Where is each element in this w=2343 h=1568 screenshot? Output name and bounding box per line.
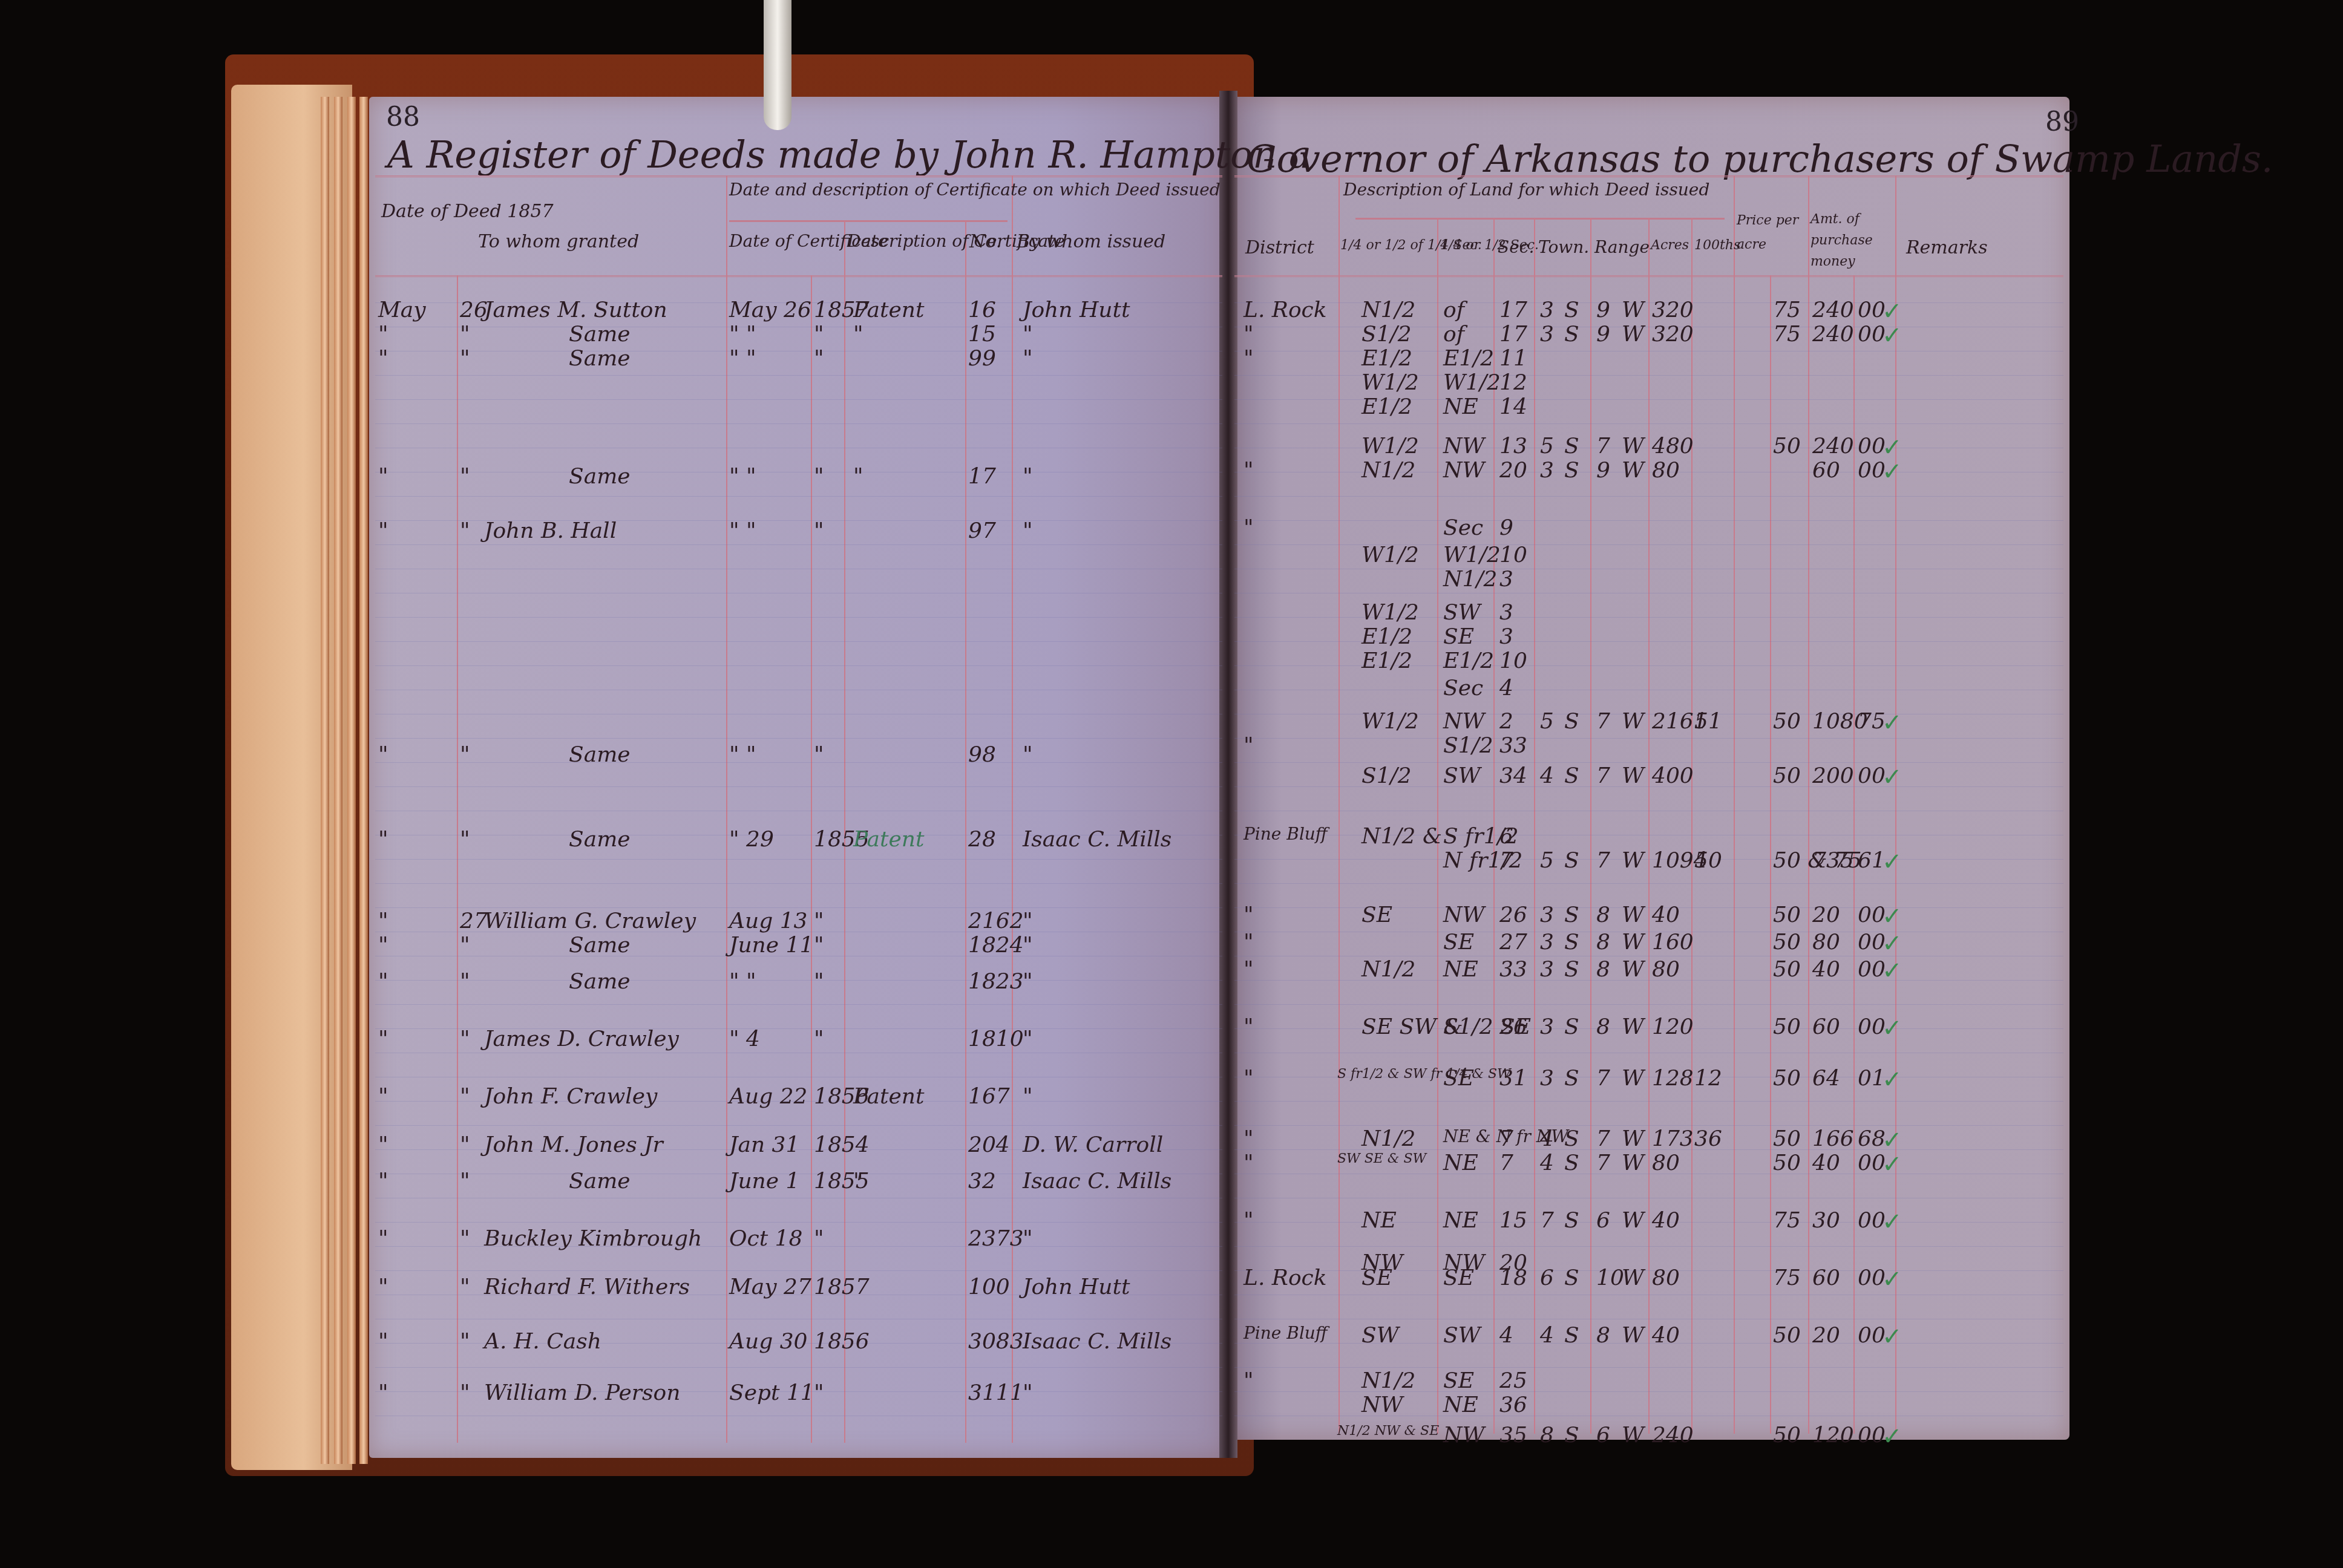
row-cert-year: 1854: [814, 1134, 870, 1156]
row-acres: 128: [1652, 1068, 1694, 1089]
row-cert-number: 1824: [968, 935, 1024, 956]
row-district: ": [1244, 1210, 1254, 1232]
check-mark-icon: ✓: [1882, 1068, 1902, 1092]
row-month: ": [378, 1028, 388, 1050]
ruled-line: [1234, 351, 2063, 351]
header-acres: Acres: [1651, 239, 1689, 252]
row-district: Pine Bluff: [1244, 1325, 1328, 1342]
row-quarter-of-quarter: N1/2 &: [1362, 826, 1442, 848]
row-cert-number: 16: [968, 299, 996, 321]
row-cents: 61: [1858, 850, 1886, 872]
row-quarter-of-quarter: SE: [1362, 1267, 1392, 1289]
row-cert-number: 28: [968, 829, 996, 851]
row-day: ": [460, 520, 470, 542]
ruled-line: [375, 1416, 1222, 1416]
row-town-dir: S: [1564, 1152, 1579, 1174]
row-amount: 20: [1812, 1325, 1840, 1347]
row-sec: 20: [1499, 460, 1527, 482]
row-price: 50: [1773, 765, 1801, 787]
row-district: ": [1244, 1152, 1254, 1174]
ruled-line: [1234, 399, 2063, 400]
row-quarter: NW: [1443, 460, 1485, 482]
row-town: 5: [1540, 711, 1554, 733]
row-day: 27: [460, 910, 488, 932]
row-cents: 00: [1858, 765, 1886, 787]
row-grantee: William D. Person: [484, 1382, 680, 1404]
check-mark-icon: ✓: [1882, 436, 1902, 460]
row-day: ": [460, 1171, 470, 1192]
row-issued-by: John Hutt: [1023, 1276, 1130, 1298]
row-grantee: Richard F. Withers: [484, 1276, 690, 1298]
row-grantee: A. H. Cash: [484, 1331, 601, 1353]
ruled-line: [1234, 907, 2063, 908]
row-district: Pine Bluff: [1244, 826, 1328, 843]
row-town: 5: [1540, 850, 1554, 872]
col-rule: [1770, 275, 1771, 1434]
row-cert-date: May 27: [729, 1276, 811, 1298]
row-cert-date: " 29: [729, 829, 774, 851]
row-amount: 60: [1812, 1016, 1840, 1038]
row-district: ": [1244, 1128, 1254, 1150]
row-district: ": [1244, 904, 1254, 926]
page-number-right: 89: [2045, 109, 2079, 136]
col-rule: [1895, 175, 1896, 1434]
header-district: District: [1245, 239, 1314, 257]
row-issued-by: ": [1023, 971, 1033, 993]
ruled-line: [375, 1222, 1222, 1223]
row-price: 75: [1773, 324, 1801, 345]
row-range-dir: W: [1622, 436, 1644, 457]
row-quarter: NE: [1443, 1152, 1478, 1174]
row-day: ": [460, 466, 470, 488]
row-town: 7: [1540, 1210, 1554, 1232]
row-range-dir: W: [1622, 959, 1644, 981]
row-quarter-of-quarter: SW: [1362, 1325, 1399, 1347]
ruled-line: [1234, 956, 2063, 956]
ruled-line: [1234, 641, 2063, 642]
row-quarter-of-quarter: NE: [1362, 1210, 1397, 1232]
row-acres: 80: [1652, 460, 1680, 482]
row-hundredths: 36: [1694, 1128, 1722, 1150]
ruled-line: [1234, 738, 2063, 739]
row-town: 4: [1540, 1152, 1554, 1174]
ruled-line: [1234, 448, 2063, 448]
title-right: Governor of Arkansas to purchasers of Sw…: [1247, 140, 2273, 178]
row-sec: 35: [1499, 1425, 1527, 1446]
row-day: ": [460, 324, 470, 345]
row-range-dir: W: [1622, 711, 1644, 733]
row-amount: 40: [1812, 1152, 1840, 1174]
ruled-line: [1234, 472, 2063, 472]
ruled-line: [375, 811, 1222, 811]
row-month: May: [378, 299, 426, 321]
ruled-line: [1234, 859, 2063, 860]
row-quarter: NE: [1443, 396, 1478, 418]
row-range: 7: [1596, 1068, 1610, 1089]
header-certificate-group: Date and description of Certificate on w…: [729, 181, 1221, 198]
row-cert-year: ": [814, 1028, 824, 1050]
row-cert-number: 167: [968, 1086, 1010, 1108]
ruled-line: [375, 665, 1222, 666]
ruled-line: [1234, 762, 2063, 763]
row-cert-number: 100: [968, 1276, 1010, 1298]
row-cert-year: ": [814, 520, 824, 542]
row-quarter-of-quarter: E1/2: [1362, 626, 1412, 648]
row-town: 3: [1540, 460, 1554, 482]
row-issued-by: ": [1023, 466, 1033, 488]
row-month: ": [378, 910, 388, 932]
row-range: 6: [1596, 1425, 1610, 1446]
row-town: 6: [1540, 1267, 1554, 1289]
row-grantee: Buckley Kimbrough: [484, 1228, 702, 1250]
ruled-line: [375, 786, 1222, 787]
row-cert-number: 1810: [968, 1028, 1024, 1050]
ruled-line: [1234, 544, 2063, 545]
ruled-line: [1234, 1028, 2063, 1029]
row-price: 50: [1773, 1128, 1801, 1150]
ruled-line: [1234, 883, 2063, 884]
row-quarter-of-quarter: N1/2 NW & SE: [1337, 1425, 1439, 1438]
title-left: A Register of Deeds made by John R. Hamp…: [387, 136, 1311, 174]
row-grantee: Same: [569, 1171, 631, 1192]
header-hundredths: 100ths: [1694, 239, 1740, 252]
row-month: ": [378, 1382, 388, 1404]
page-stack-edge: [359, 97, 368, 1464]
ruled-line: [1234, 932, 2063, 932]
ruled-line: [1234, 1416, 2063, 1416]
check-mark-icon: ✓: [1882, 711, 1902, 735]
row-town-dir: S: [1564, 1325, 1579, 1347]
row-acres: 173: [1652, 1128, 1694, 1150]
row-grantee: Same: [569, 348, 631, 370]
ruled-line: [1234, 1319, 2063, 1319]
row-day: ": [460, 1028, 470, 1050]
page-stack-edge: [321, 97, 329, 1464]
row-cert-date: " ": [729, 348, 756, 370]
ruled-line: [375, 859, 1222, 860]
row-cert-year: ": [814, 324, 824, 345]
row-cents: 00: [1858, 1325, 1886, 1347]
row-day: ": [460, 1086, 470, 1108]
row-range-dir: W: [1622, 1128, 1644, 1150]
col-rule: [1534, 218, 1535, 1434]
ruled-line: [375, 617, 1222, 618]
row-range: 8: [1596, 959, 1610, 981]
row-cents: 00: [1858, 904, 1886, 926]
ruled-line: [375, 1125, 1222, 1126]
row-grantee: Same: [569, 466, 631, 488]
row-range-dir: W: [1622, 765, 1644, 787]
row-price: 50: [1773, 1325, 1801, 1347]
ruled-line: [1234, 665, 2063, 666]
row-grantee: William G. Crawley: [484, 910, 696, 932]
ruled-line: [1234, 302, 2063, 303]
row-range: 7: [1596, 436, 1610, 457]
row-quarter: SW: [1443, 1325, 1481, 1347]
row-month: ": [378, 324, 388, 345]
row-quarter-of-quarter: S fr1/2 & SW fr 1/4 & SW: [1337, 1068, 1511, 1081]
ruled-line: [1234, 1367, 2063, 1368]
row-quarter: E1/2: [1443, 650, 1494, 672]
ruled-line: [1234, 1295, 2063, 1295]
ruled-line: [1234, 1198, 2063, 1198]
ruled-line: [1234, 423, 2063, 424]
row-amount: 60: [1812, 1267, 1840, 1289]
row-cert-number: 98: [968, 744, 996, 766]
row-grantee: John M. Jones Jr: [484, 1134, 663, 1156]
row-day: 26: [460, 299, 488, 321]
row-range: 9: [1596, 324, 1610, 345]
row-day: ": [460, 971, 470, 993]
row-cert-year: ": [814, 1382, 824, 1404]
row-quarter: SE: [1443, 1267, 1474, 1289]
row-district: ": [1244, 1370, 1254, 1392]
row-town-dir: S: [1564, 324, 1579, 345]
col-rule: [726, 175, 727, 1443]
ruled-line: [375, 569, 1222, 569]
row-issued-by: ": [1023, 1086, 1033, 1108]
row-range: 8: [1596, 1325, 1610, 1347]
row-cert-number: 15: [968, 324, 996, 345]
ruled-line: [375, 738, 1222, 739]
row-price: 75: [1773, 1267, 1801, 1289]
row-district: ": [1244, 735, 1254, 757]
ruled-line: [1234, 1246, 2063, 1247]
check-mark-icon: ✓: [1882, 765, 1902, 789]
row-acres: 320: [1652, 324, 1694, 345]
ruled-line: [375, 907, 1222, 908]
row-range: 9: [1596, 460, 1610, 482]
row-quarter-of-quarter: N1/2: [1362, 959, 1415, 981]
row-grantee: Same: [569, 829, 631, 851]
row-issued-by: ": [1023, 910, 1033, 932]
row-cents: 00: [1858, 1267, 1886, 1289]
row-sec: 7: [1499, 1128, 1513, 1150]
row-sec: 33: [1499, 959, 1527, 981]
col-rule: [965, 221, 966, 1443]
row-cents: 68: [1858, 1128, 1886, 1150]
row-cents: 00: [1858, 436, 1886, 457]
row-cents: 00: [1858, 299, 1886, 321]
row-issued-by: ": [1023, 744, 1033, 766]
row-price: 75: [1773, 1210, 1801, 1232]
row-sec: 27: [1499, 932, 1527, 953]
row-town: 4: [1540, 1128, 1554, 1150]
row-sec: 26: [1499, 904, 1527, 926]
row-issued-by: ": [1023, 1028, 1033, 1050]
row-sec: 33: [1499, 735, 1527, 757]
row-town: 3: [1540, 959, 1554, 981]
row-district: L. Rock: [1244, 299, 1327, 321]
row-amount: 120: [1812, 1425, 1854, 1446]
header-remarks: Remarks: [1906, 239, 1988, 257]
row-town-dir: S: [1564, 932, 1579, 953]
row-quarter-of-quarter: SE: [1362, 904, 1392, 926]
ruled-line: [375, 980, 1222, 981]
row-quarter-of-quarter: W1/2: [1362, 436, 1419, 457]
row-quarter-of-quarter: S1/2: [1362, 324, 1412, 345]
row-sec: 6: [1499, 826, 1513, 848]
ruled-line: [375, 544, 1222, 545]
check-mark-icon: ✓: [1882, 1128, 1902, 1152]
row-price: 75: [1773, 299, 1801, 321]
check-mark-icon: ✓: [1882, 904, 1902, 929]
row-cert-number: 204: [968, 1134, 1010, 1156]
row-range: 10: [1596, 1267, 1624, 1289]
ruled-line: [1234, 617, 2063, 618]
row-sec: 4: [1499, 678, 1513, 699]
row-cert-description: Patent: [853, 829, 925, 851]
row-day: ": [460, 744, 470, 766]
row-district: ": [1244, 1068, 1254, 1089]
row-range-dir: W: [1622, 1152, 1644, 1174]
row-sec: 7: [1499, 850, 1513, 872]
col-rule: [1734, 175, 1735, 1434]
row-town-dir: S: [1564, 1016, 1579, 1038]
row-acres: 320: [1652, 299, 1694, 321]
ruled-line: [1234, 520, 2063, 521]
ruled-line: [1234, 1125, 2063, 1126]
row-cert-year: 1856: [814, 1331, 870, 1353]
row-range-dir: W: [1622, 299, 1644, 321]
check-mark-icon: ✓: [1882, 1210, 1902, 1234]
row-sec: 11: [1499, 348, 1527, 370]
ruled-line: [375, 327, 1222, 327]
header-to-whom-granted: To whom granted: [478, 233, 639, 251]
row-district: ": [1244, 348, 1254, 370]
row-quarter: SE: [1443, 626, 1474, 648]
row-amount: 20: [1812, 904, 1840, 926]
row-amount: 40: [1812, 959, 1840, 981]
row-cert-number: 32: [968, 1171, 996, 1192]
row-cert-description: Patent: [853, 299, 925, 321]
row-month: ": [378, 466, 388, 488]
row-sec: 10: [1499, 650, 1527, 672]
ruled-line: [1234, 1149, 2063, 1150]
row-cents: 00: [1858, 460, 1886, 482]
row-cert-description: ": [853, 466, 863, 488]
row-quarter: NW: [1443, 711, 1485, 733]
row-town: 4: [1540, 1325, 1554, 1347]
row-hundredths: 51: [1694, 711, 1722, 733]
ruled-line: [375, 1053, 1222, 1053]
row-town-dir: S: [1564, 904, 1579, 926]
ruled-line: [1234, 327, 2063, 327]
row-price: 50: [1773, 1016, 1801, 1038]
ruled-line: [375, 375, 1222, 376]
row-cert-date: Aug 30: [729, 1331, 807, 1353]
row-cert-date: May 26: [729, 299, 811, 321]
row-town-dir: S: [1564, 1425, 1579, 1446]
row-sec: 10: [1499, 544, 1527, 566]
row-issued-by: ": [1023, 348, 1033, 370]
ruled-line: [375, 472, 1222, 472]
row-district: ": [1244, 959, 1254, 981]
row-cert-date: " ": [729, 324, 756, 345]
row-sec: 18: [1499, 1267, 1527, 1289]
row-quarter-of-quarter: SW SE & SW: [1337, 1152, 1426, 1166]
row-town: 3: [1540, 324, 1554, 345]
row-quarter: NE: [1443, 959, 1478, 981]
row-acres: 240: [1652, 1425, 1694, 1446]
header-land-group: Description of Land for which Deed issue…: [1343, 181, 1709, 198]
row-cert-description: ": [853, 1171, 863, 1192]
row-district: ": [1244, 324, 1254, 345]
row-district: ": [1244, 932, 1254, 953]
row-quarter: SE: [1443, 1068, 1474, 1089]
ruled-line: [1234, 569, 2063, 569]
row-quarter-of-quarter: E1/2: [1362, 396, 1412, 418]
check-mark-icon: ✓: [1882, 932, 1902, 956]
row-quarter-of-quarter: E1/2: [1362, 650, 1412, 672]
row-acres: 480: [1652, 436, 1694, 457]
row-issued-by: John Hutt: [1023, 299, 1130, 321]
row-price: 50: [1773, 1425, 1801, 1446]
row-month: ": [378, 520, 388, 542]
row-grantee: Same: [569, 935, 631, 956]
row-acres: 40: [1652, 1325, 1680, 1347]
row-range: 7: [1596, 765, 1610, 787]
row-cert-date: Aug 22: [729, 1086, 807, 1108]
row-range-dir: W: [1622, 1068, 1644, 1089]
row-cert-date: Jan 31: [729, 1134, 799, 1156]
ruled-line: [1234, 835, 2063, 835]
row-amount: 240: [1812, 324, 1854, 345]
header-range: Range: [1594, 239, 1650, 256]
row-sec: 25: [1499, 1370, 1527, 1392]
row-grantee: John B. Hall: [484, 520, 617, 542]
row-cents: 00: [1858, 959, 1886, 981]
row-range: 9: [1596, 299, 1610, 321]
row-cert-number: 3083: [968, 1331, 1024, 1353]
row-amount: 64: [1812, 1068, 1840, 1089]
row-sec: 26: [1499, 1016, 1527, 1038]
row-month: ": [378, 1228, 388, 1250]
book-gutter: [1219, 91, 1237, 1458]
check-mark-icon: ✓: [1882, 324, 1902, 348]
row-grantee: Same: [569, 324, 631, 345]
check-mark-icon: ✓: [1882, 460, 1902, 484]
row-sec: 7: [1499, 1152, 1513, 1174]
ruled-line: [375, 690, 1222, 690]
row-sec: 12: [1499, 372, 1527, 394]
row-month: ": [378, 971, 388, 993]
row-sec: 36: [1499, 1394, 1527, 1416]
row-cert-date: " ": [729, 744, 756, 766]
row-sec: 3: [1499, 602, 1513, 624]
row-cents: 00: [1858, 1210, 1886, 1232]
check-mark-icon: ✓: [1882, 1425, 1902, 1449]
row-grantee: John F. Crawley: [484, 1086, 657, 1108]
row-town-dir: S: [1564, 711, 1579, 733]
row-quarter-of-quarter: E1/2: [1362, 348, 1412, 370]
header-date-of-deed: Date of Deed 1857: [381, 203, 554, 221]
row-quarter-of-quarter: NW: [1362, 1394, 1403, 1416]
row-day: ": [460, 829, 470, 851]
ruled-line: [375, 1270, 1222, 1271]
row-range-dir: W: [1622, 1016, 1644, 1038]
row-cert-year: ": [814, 971, 824, 993]
ruled-line: [375, 714, 1222, 714]
ruled-line: [375, 593, 1222, 593]
row-month: ": [378, 1276, 388, 1298]
row-quarter: NW: [1443, 436, 1485, 457]
row-acres: 80: [1652, 1267, 1680, 1289]
row-district: ": [1244, 1016, 1254, 1038]
ruled-line: [375, 423, 1222, 424]
row-cert-date: " ": [729, 466, 756, 488]
row-sec: 2: [1499, 711, 1513, 733]
